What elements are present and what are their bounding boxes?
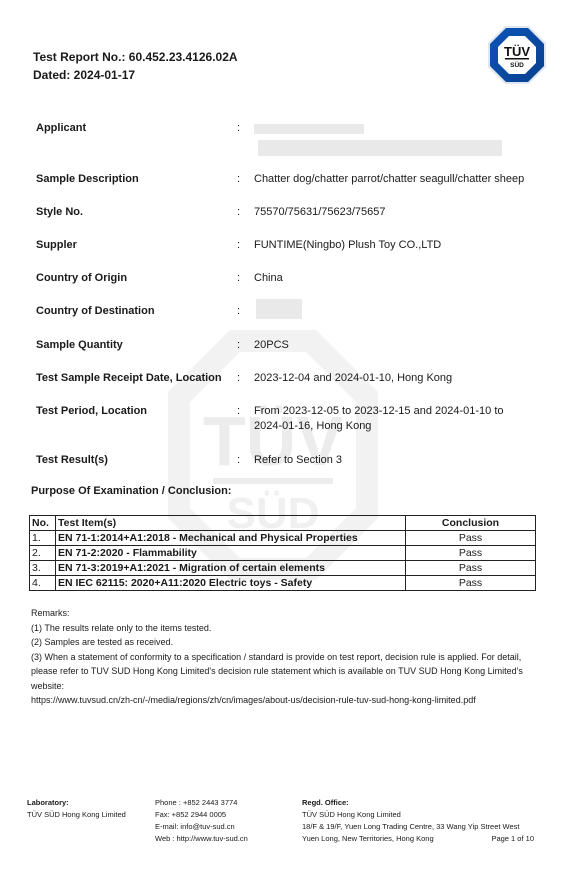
svg-text:SÜD: SÜD (510, 60, 524, 69)
field-colon: : (237, 272, 240, 284)
field-label: Test Result(s) (36, 454, 108, 466)
header-no: No. (30, 516, 56, 531)
row-no: 2. (30, 546, 56, 561)
remark-item: (2) Samples are tested as received. (31, 635, 546, 650)
field-colon: : (237, 239, 240, 251)
field-value: 75570/75631/75623/75657 (254, 205, 544, 220)
field-colon: : (237, 372, 240, 384)
office-address-line2: Yuen Long, New Territories, Hong Kong (302, 834, 434, 843)
redacted-applicant-address (258, 140, 502, 156)
table-row: 2. EN 71-2:2020 - Flammability Pass (30, 546, 536, 561)
field-value: 2023-12-04 and 2024-01-10, Hong Kong (254, 371, 544, 386)
office-name: TÜV SÜD Hong Kong Limited (302, 809, 534, 821)
table-row: 4. EN IEC 62115: 2020+A11:2020 Electric … (30, 576, 536, 591)
row-conclusion: Pass (406, 531, 536, 546)
remarks-title: Remarks: (31, 606, 546, 621)
field-label: Test Sample Receipt Date, Location (36, 372, 222, 384)
field-colon: : (237, 454, 240, 466)
field-label: Style No. (36, 206, 83, 218)
header-test-item: Test Item(s) (56, 516, 406, 531)
field-value: From 2023-12-05 to 2023-12-15 and 2024-0… (254, 404, 524, 434)
office-label: Regd. Office: (302, 797, 534, 809)
office-address-line1: 18/F & 19/F, Yuen Long Trading Centre, 3… (302, 821, 534, 833)
report-header: Test Report No.: 60.452.23.4126.02A Date… (33, 48, 238, 84)
field-colon: : (237, 122, 240, 134)
row-conclusion: Pass (406, 546, 536, 561)
field-value: China (254, 271, 544, 286)
field-label: Applicant (36, 122, 86, 134)
row-no: 4. (30, 576, 56, 591)
row-conclusion: Pass (406, 561, 536, 576)
row-test-item: EN 71-3:2019+A1:2021 - Migration of cert… (56, 561, 406, 576)
row-test-item: EN 71-1:2014+A1:2018 - Mechanical and Ph… (56, 531, 406, 546)
field-colon: : (237, 206, 240, 218)
field-colon: : (237, 305, 240, 317)
phone: Phone : +852 2443 3774 (155, 797, 248, 809)
field-label: Suppler (36, 239, 77, 251)
field-label: Sample Description (36, 173, 139, 185)
row-test-item: EN IEC 62115: 2020+A11:2020 Electric toy… (56, 576, 406, 591)
footer-laboratory: Laboratory: TÜV SÜD Hong Kong Limited (27, 797, 126, 821)
table-row: 3. EN 71-3:2019+A1:2021 - Migration of c… (30, 561, 536, 576)
page-number: Page 1 of 10 (491, 833, 534, 845)
purpose-title: Purpose Of Examination / Conclusion: (31, 485, 231, 497)
row-no: 3. (30, 561, 56, 576)
report-number: Test Report No.: 60.452.23.4126.02A (33, 48, 238, 66)
row-conclusion: Pass (406, 576, 536, 591)
footer-contact: Phone : +852 2443 3774 Fax: +852 2944 00… (155, 797, 248, 845)
field-label: Test Period, Location (36, 405, 147, 417)
field-label: Country of Destination (36, 305, 155, 317)
svg-text:TÜV: TÜV (504, 44, 530, 59)
report-date: Dated: 2024-01-17 (33, 66, 238, 84)
tuv-sud-logo: TÜV SÜD (487, 25, 547, 85)
laboratory-label: Laboratory: (27, 797, 126, 809)
table-row: 1. EN 71-1:2014+A1:2018 - Mechanical and… (30, 531, 536, 546)
fax: Fax: +852 2944 0005 (155, 809, 248, 821)
decision-rule-url[interactable]: https://www.tuvsud.cn/zh-cn/-/media/regi… (31, 693, 546, 708)
email[interactable]: E-mail: info@tuv-sud.cn (155, 821, 248, 833)
field-colon: : (237, 173, 240, 185)
remark-item: (3) When a statement of conformity to a … (31, 650, 546, 694)
remark-item: (1) The results relate only to the items… (31, 621, 546, 636)
website[interactable]: Web : http://www.tuv-sud.cn (155, 833, 248, 845)
row-test-item: EN 71-2:2020 - Flammability (56, 546, 406, 561)
remarks-section: Remarks: (1) The results relate only to … (31, 606, 546, 708)
laboratory-name: TÜV SÜD Hong Kong Limited (27, 809, 126, 821)
field-value: FUNTIME(Ningbo) Plush Toy CO.,LTD (254, 238, 544, 253)
header-conclusion: Conclusion (406, 516, 536, 531)
field-colon: : (237, 405, 240, 417)
field-value: Chatter dog/chatter parrot/chatter seagu… (254, 172, 544, 187)
field-value: 20PCS (254, 338, 544, 353)
field-colon: : (237, 339, 240, 351)
field-label: Sample Quantity (36, 339, 123, 351)
redacted-applicant (254, 124, 364, 134)
row-no: 1. (30, 531, 56, 546)
field-label: Country of Origin (36, 272, 127, 284)
results-table: No. Test Item(s) Conclusion 1. EN 71-1:2… (29, 515, 536, 591)
table-header-row: No. Test Item(s) Conclusion (30, 516, 536, 531)
field-value: Refer to Section 3 (254, 453, 544, 468)
footer-office: Regd. Office: TÜV SÜD Hong Kong Limited … (302, 797, 534, 845)
redacted-destination (256, 299, 302, 319)
